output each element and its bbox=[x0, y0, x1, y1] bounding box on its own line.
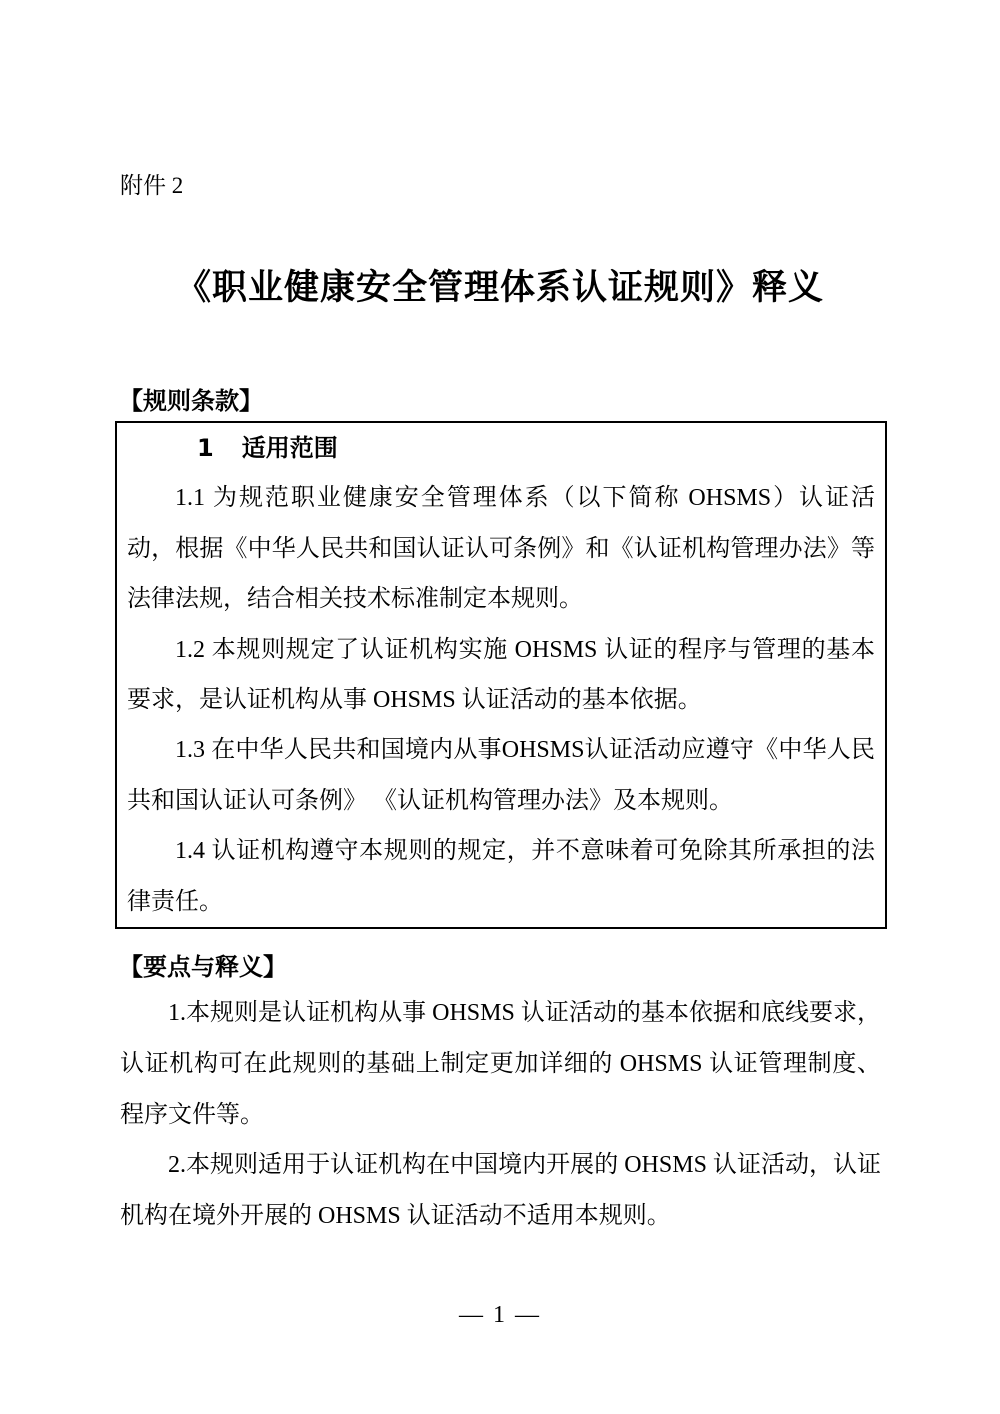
box-subheading-text: 适用范围 bbox=[242, 434, 338, 462]
section-heading-rule-clauses: 【规则条款】 bbox=[119, 384, 263, 418]
key-points-body: 1.本规则是认证机构从事 OHSMS 认证活动的基本依据和底线要求，认证机构可在… bbox=[120, 988, 881, 1242]
key-point-paragraph-2: 2.本规则适用于认证机构在中国境内开展的 OHSMS 认证活动，认证机构在境外开… bbox=[120, 1140, 881, 1242]
rule-paragraph-1-1: 1.1 为规范职业健康安全管理体系（以下简称 OHSMS）认证活动，根据《中华人… bbox=[127, 473, 875, 624]
document-title: 《职业健康安全管理体系认证规则》释义 bbox=[0, 264, 1000, 312]
attachment-label: 附件 2 bbox=[120, 170, 183, 202]
rule-paragraph-1-4: 1.4 认证机构遵守本规则的规定，并不意味着可免除其所承担的法律责任。 bbox=[127, 826, 875, 927]
rule-paragraph-1-2: 1.2 本规则规定了认证机构实施 OHSMS 认证的程序与管理的基本要求，是认证… bbox=[127, 625, 875, 726]
box-subheading-number: 1 bbox=[197, 423, 214, 473]
page-number-footer: — 1 — bbox=[0, 1300, 1000, 1330]
rule-paragraph-1-3: 1.3 在中华人民共和国境内从事OHSMS认证活动应遵守《中华人民共和国认证认可… bbox=[127, 725, 875, 826]
rule-clauses-box: 1适用范围 1.1 为规范职业健康安全管理体系（以下简称 OHSMS）认证活动，… bbox=[115, 421, 887, 929]
document-page: 附件 2 《职业健康安全管理体系认证规则》释义 【规则条款】 1适用范围 1.1… bbox=[0, 0, 1000, 1414]
section-heading-key-points: 【要点与释义】 bbox=[119, 950, 287, 984]
key-point-paragraph-1: 1.本规则是认证机构从事 OHSMS 认证活动的基本依据和底线要求，认证机构可在… bbox=[120, 988, 881, 1140]
box-subheading: 1适用范围 bbox=[127, 423, 875, 473]
